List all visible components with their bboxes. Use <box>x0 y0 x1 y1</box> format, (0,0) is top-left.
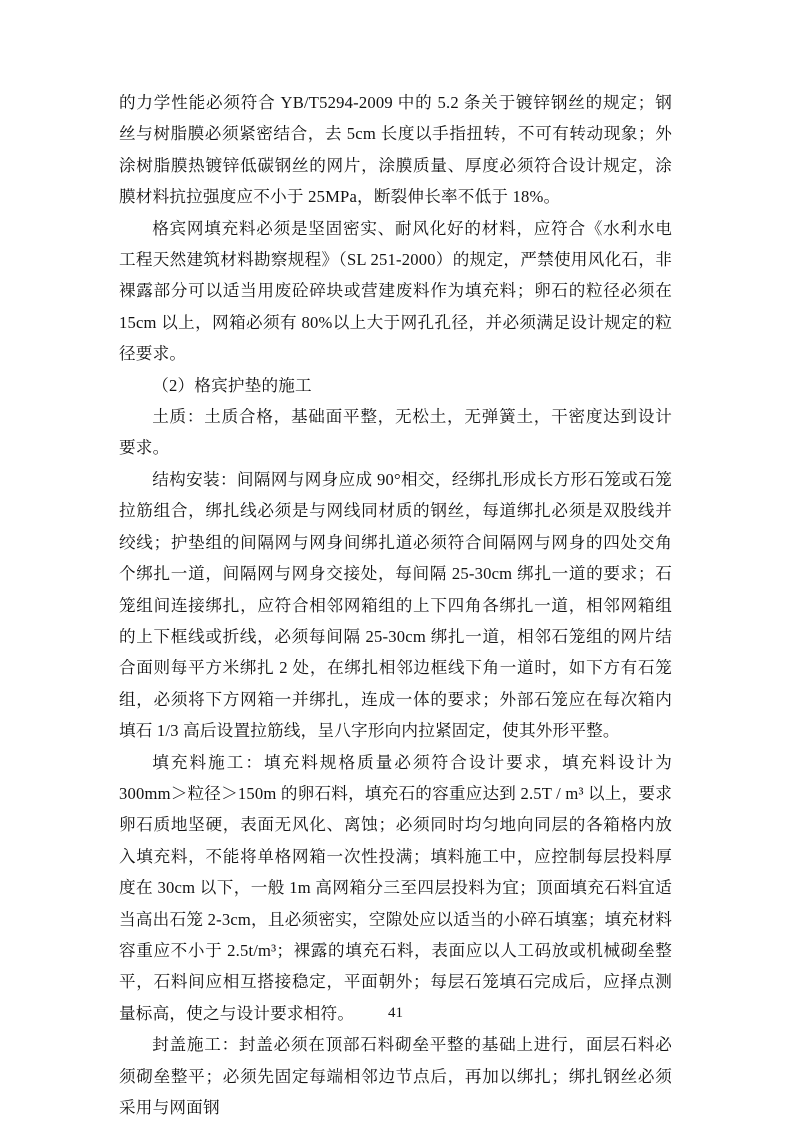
paragraph-capping-construction: 封盖施工：封盖必须在顶部石料砌垒平整的基础上进行，面层石料必须砌垒整平；必须先固… <box>119 1029 672 1122</box>
page-number: 41 <box>119 1001 672 1025</box>
paragraph-structure-installation: 结构安装：间隔网与网身应成 90°相交，经绑扎形成长方形石笼或石笼拉筋组合，绑扎… <box>119 464 672 747</box>
paragraph-fill-material-requirements: 格宾网填充料必须是坚固密实、耐风化好的材料，应符合《水利水电工程天然建筑材料勘察… <box>119 213 672 370</box>
paragraph-filling-construction: 填充料施工：填充料规格质量必须符合设计要求，填充料设计为 300mm＞粒径＞15… <box>119 747 672 1030</box>
document-page: 的力学性能必须符合 YB/T5294-2009 中的 5.2 条关于镀锌钢丝的规… <box>0 0 793 1122</box>
paragraph-continuation: 的力学性能必须符合 YB/T5294-2009 中的 5.2 条关于镀锌钢丝的规… <box>119 87 672 213</box>
section-heading-gabion-mattress-construction: （2）格宾护垫的施工 <box>119 370 672 401</box>
paragraph-soil-quality: 土质：土质合格，基础面平整，无松土，无弹簧土，干密度达到设计要求。 <box>119 401 672 464</box>
document-body-text: 的力学性能必须符合 YB/T5294-2009 中的 5.2 条关于镀锌钢丝的规… <box>119 87 672 1122</box>
